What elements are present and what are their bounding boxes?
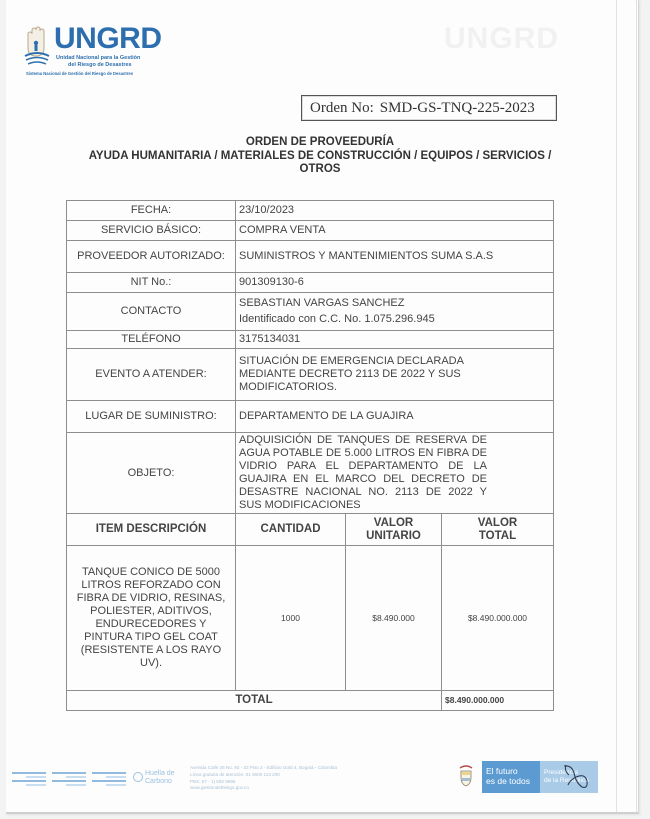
order-number-label: Orden No: bbox=[310, 100, 374, 117]
column-header: ITEM DESCRIPCIÓN bbox=[67, 514, 236, 546]
logo-wordmark: UNGRD bbox=[54, 22, 162, 56]
detail-label: EVENTO A ATENDER: bbox=[67, 349, 236, 401]
order-details-table: FECHA: 23/10/2023 SERVICIO BÁSICO: COMPR… bbox=[66, 200, 554, 711]
carbon-footprint-icon bbox=[133, 772, 143, 782]
table-row: CONTACTO SEBASTIAN VARGAS SANCHEZ Identi… bbox=[67, 293, 554, 331]
address-line: Línea gratuita de atención: 01 8000 113 … bbox=[190, 772, 337, 779]
order-number: SMD-GS-TNQ-225-2023 bbox=[380, 100, 535, 117]
iso-14001-cert-icon bbox=[52, 770, 86, 788]
colombia-coat-of-arms-icon bbox=[458, 765, 474, 787]
detail-value-location: DEPARTAMENTO DE LA GUAJIRA bbox=[236, 401, 554, 433]
carbon-footprint-label: Huella de Carbono bbox=[145, 770, 175, 786]
carbon-label-line: Carbono bbox=[145, 778, 175, 786]
table-row: TELÉFONO 3175134031 bbox=[67, 331, 554, 349]
gov-slogan-line: El futuro bbox=[486, 766, 536, 776]
carbon-label-line: Huella de bbox=[145, 770, 175, 778]
address-line: Avenida Calle 26 No. 92 - 32 Piso 2 - Ed… bbox=[190, 765, 337, 772]
detail-value-contact: SEBASTIAN VARGAS SANCHEZ Identificado co… bbox=[236, 293, 554, 331]
title-line: AYUDA HUMANITARIA / MATERIALES DE CONSTR… bbox=[60, 150, 580, 164]
order-number-box: Orden No: SMD-GS-TNQ-225-2023 bbox=[301, 95, 557, 121]
detail-value-object: ADQUISICIÓN DE TANQUES DE RESERVA DE AGU… bbox=[236, 433, 554, 514]
iso-9001-cert-icon bbox=[12, 770, 46, 788]
detail-value-nit: 901309130-6 bbox=[236, 273, 554, 293]
detail-value-phone: 3175134031 bbox=[236, 331, 554, 349]
detail-value-event: SITUACIÓN DE EMERGENCIA DECLARADA MEDIAN… bbox=[236, 349, 554, 401]
logo-system-name: Sistema Nacional de Gestión del Riesgo d… bbox=[26, 71, 133, 76]
detail-value-service: COMPRA VENTA bbox=[236, 221, 554, 241]
government-banner: El futuro es de todos Presidencia de la … bbox=[482, 761, 598, 793]
detail-value-provider: SUMINISTROS Y MANTENIMIENTOS SUMA S.A.S bbox=[236, 241, 554, 273]
table-row: SERVICIO BÁSICO: COMPRA VENTA bbox=[67, 221, 554, 241]
detail-label: CONTACTO bbox=[67, 293, 236, 331]
item-quantity: 1000 bbox=[236, 546, 346, 691]
detail-value-date: 23/10/2023 bbox=[236, 201, 554, 221]
title-line: ORDEN DE PROVEEDURÍA bbox=[60, 136, 580, 150]
item-description: TANQUE CONICO DE 5000 LITROS REFORZADO C… bbox=[67, 546, 236, 691]
total-row: TOTAL $8.490.000.000 bbox=[67, 691, 554, 711]
total-value: $8.490.000.000 bbox=[442, 691, 554, 711]
column-header: VALOR TOTAL bbox=[442, 514, 554, 546]
logo-subtitle: del Riesgo de Desastres bbox=[68, 62, 132, 68]
table-row: LUGAR DE SUMINISTRO: DEPARTAMENTO DE LA … bbox=[67, 401, 554, 433]
table-row: NIT No.: 901309130-6 bbox=[67, 273, 554, 293]
bleed-through-logo: UNGRD bbox=[444, 22, 559, 56]
detail-label: LUGAR DE SUMINISTRO: bbox=[67, 401, 236, 433]
detail-label: PROVEEDOR AUTORIZADO: bbox=[67, 241, 236, 273]
logo-subtitle: Unidad Nacional para la Gestión bbox=[56, 55, 140, 61]
detail-label: OBJETO: bbox=[67, 433, 236, 514]
signature-mark-icon bbox=[560, 763, 590, 791]
footer-address: Avenida Calle 26 No. 92 - 32 Piso 2 - Ed… bbox=[190, 765, 337, 792]
items-header-row: ITEM DESCRIPCIÓN CANTIDAD VALOR UNITARIO… bbox=[67, 514, 554, 546]
table-row: PROVEEDOR AUTORIZADO: SUMINISTROS Y MANT… bbox=[67, 241, 554, 273]
total-label: TOTAL bbox=[67, 691, 442, 711]
contact-id: Identificado con C.C. No. 1.075.296.945 bbox=[239, 313, 550, 326]
detail-label: TELÉFONO bbox=[67, 331, 236, 349]
detail-label: NIT No.: bbox=[67, 273, 236, 293]
column-header: CANTIDAD bbox=[236, 514, 346, 546]
website-link[interactable]: www.gestiondelriesgo.gov.co bbox=[190, 785, 337, 792]
ungrd-logo: UNGRD Unidad Nacional para la Gestión de… bbox=[24, 24, 174, 84]
title-line: OTROS bbox=[60, 163, 580, 177]
column-header: VALOR UNITARIO bbox=[346, 514, 442, 546]
table-row: OBJETO: ADQUISICIÓN DE TANQUES DE RESERV… bbox=[67, 433, 554, 514]
item-total-value: $8.490.000.000 bbox=[442, 546, 554, 691]
address-line: PBX: 57 - 1) 552 9696 bbox=[190, 779, 337, 786]
page-edge-line bbox=[616, 0, 617, 812]
item-unit-value: $8.490.000 bbox=[346, 546, 442, 691]
contact-name: SEBASTIAN VARGAS SANCHEZ bbox=[239, 297, 550, 310]
gov-slogan: El futuro es de todos bbox=[482, 761, 540, 793]
table-row: EVENTO A ATENDER: SITUACIÓN DE EMERGENCI… bbox=[67, 349, 554, 401]
table-row: FECHA: 23/10/2023 bbox=[67, 201, 554, 221]
presidency-logo: Presidencia de la República bbox=[540, 761, 598, 793]
iso-45001-cert-icon bbox=[92, 770, 126, 788]
gov-slogan-line: es de todos bbox=[486, 776, 536, 786]
detail-label: SERVICIO BÁSICO: bbox=[67, 221, 236, 241]
document-title: ORDEN DE PROVEEDURÍA AYUDA HUMANITARIA /… bbox=[60, 136, 580, 177]
page-edge-line bbox=[636, 0, 637, 812]
detail-label: FECHA: bbox=[67, 201, 236, 221]
ungrd-hand-logo-icon bbox=[24, 26, 50, 66]
table-row: TANQUE CONICO DE 5000 LITROS REFORZADO C… bbox=[67, 546, 554, 691]
